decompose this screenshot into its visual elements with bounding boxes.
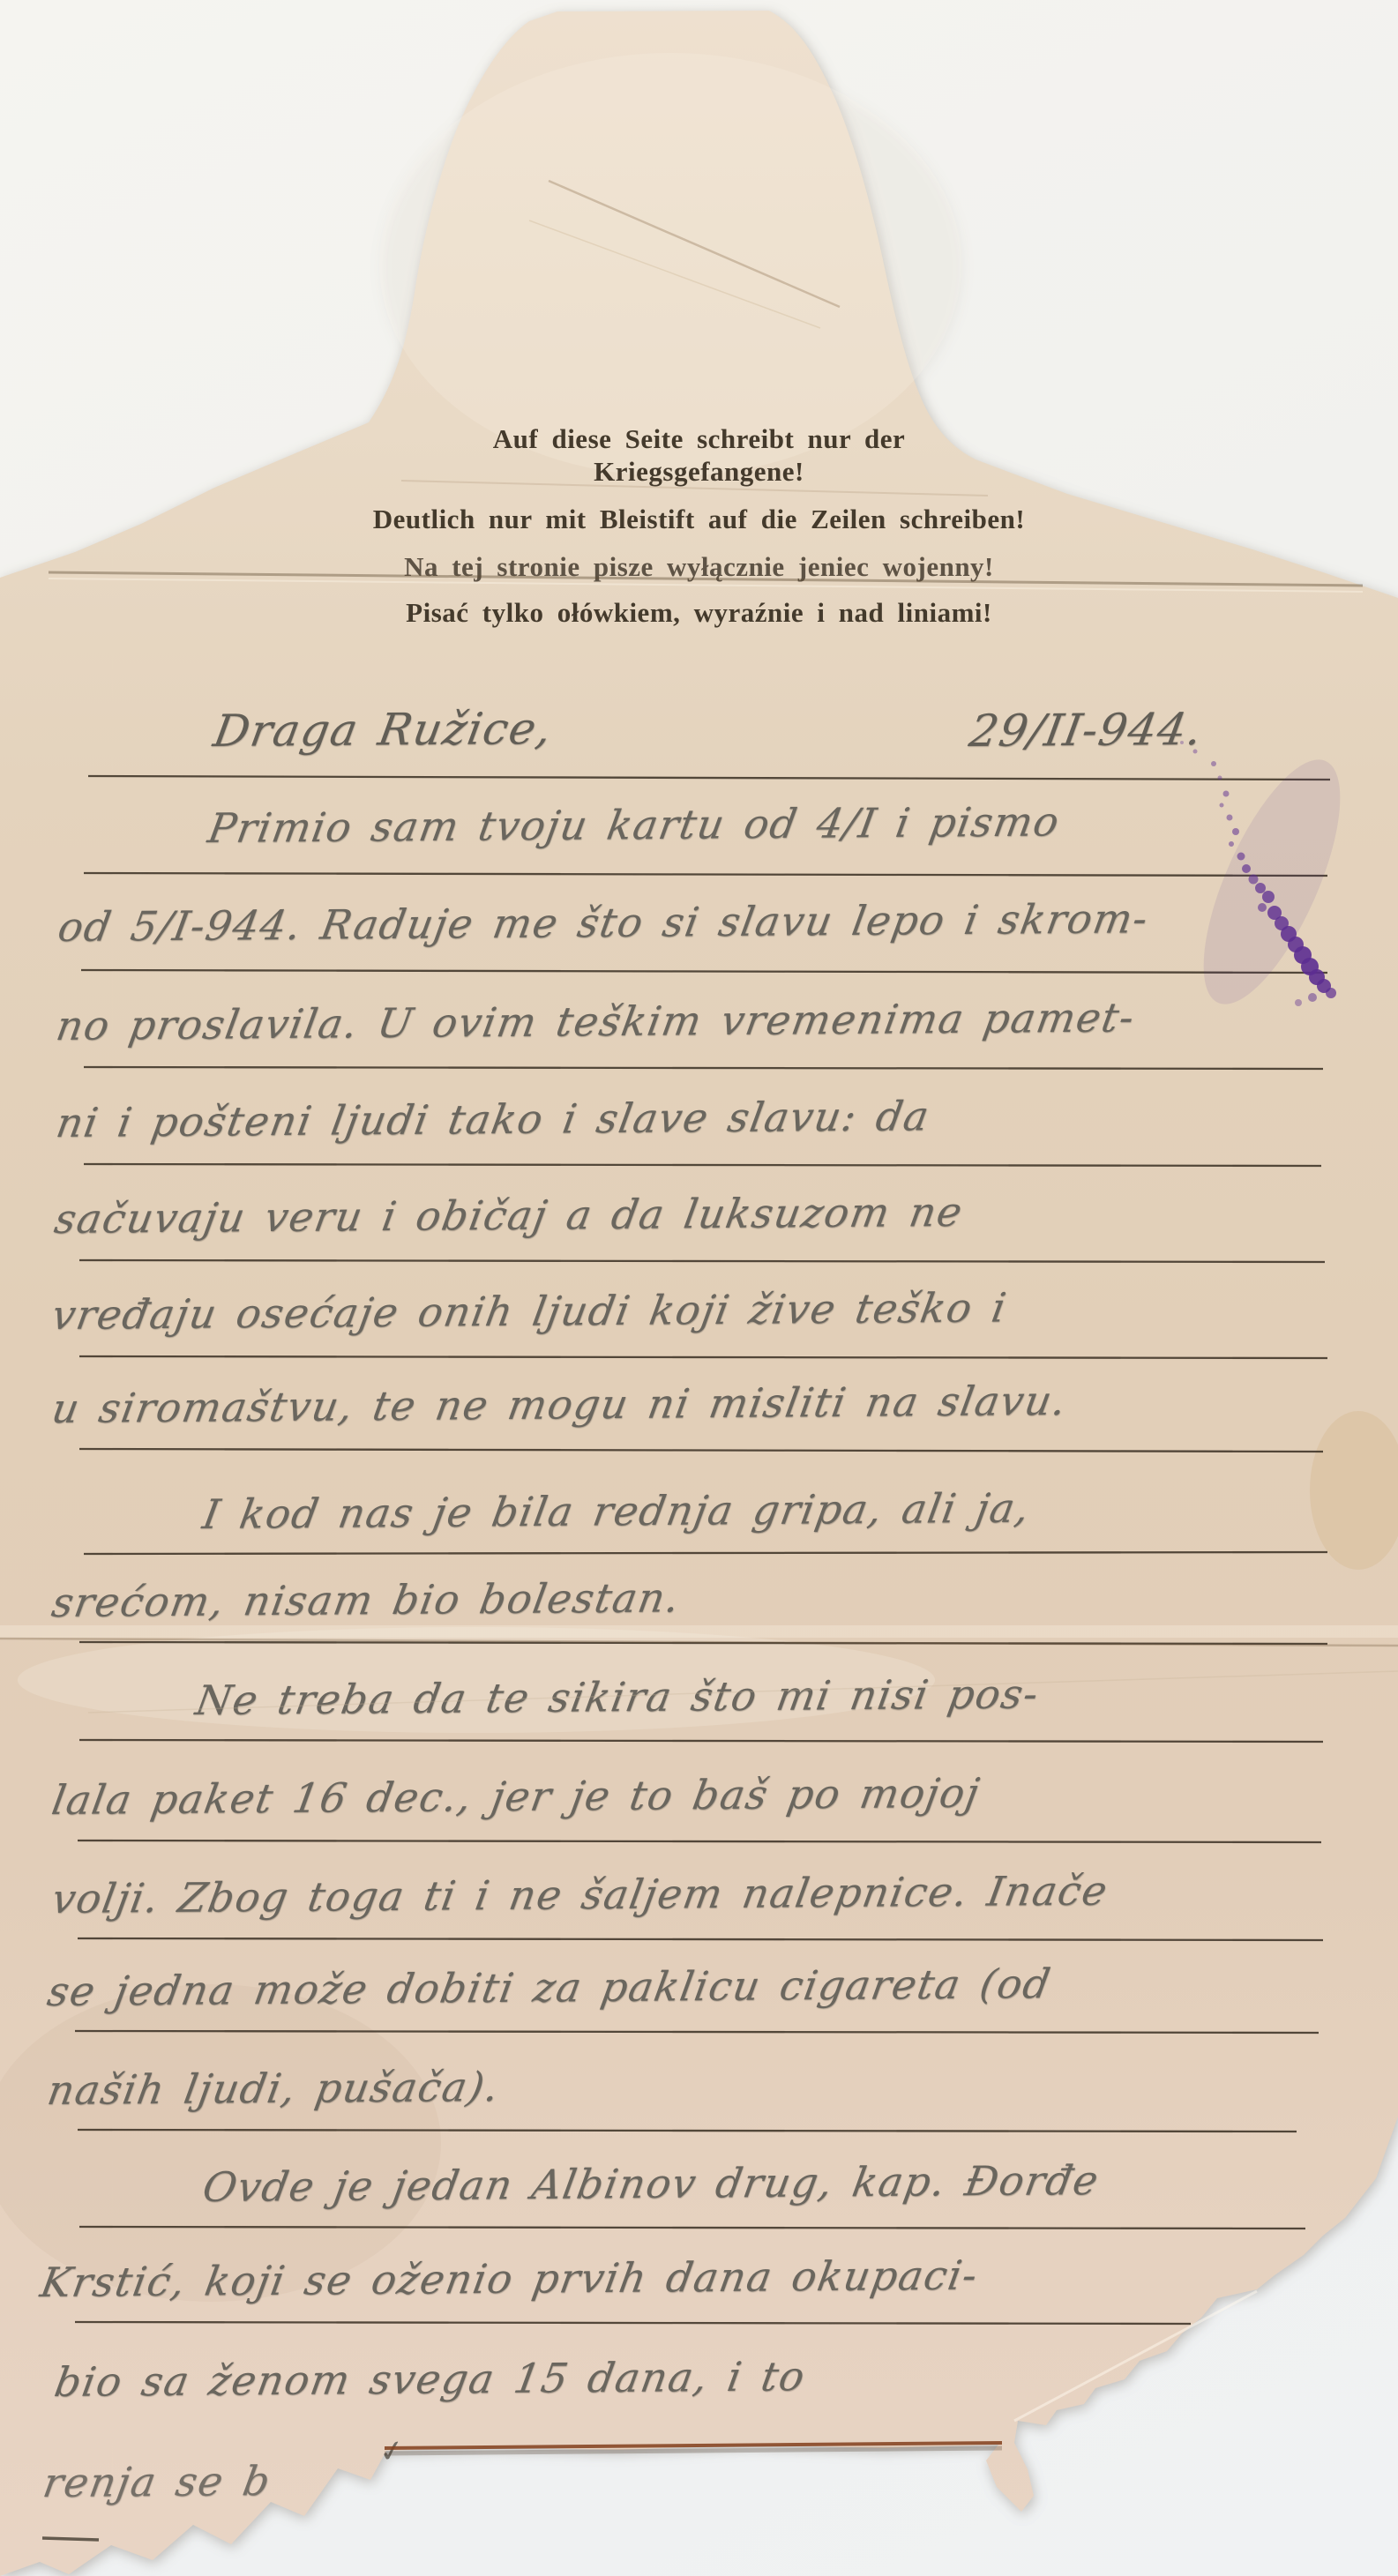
torn-edge-shadow	[385, 2448, 1002, 2453]
handwritten-line: lala paket 16 dec., jer je to baš po moj…	[49, 1769, 983, 1824]
handwritten-line: Ne treba da te sikira što mi nisi pos-	[192, 1670, 1043, 1724]
ruled-line	[88, 776, 1330, 780]
printed-instruction-line: Auf diese Seite schreibt nur der	[0, 423, 1398, 455]
ruled-line	[79, 1356, 1327, 1358]
handwritten-line: I kod nas je bila rednja gripa, ali ja,	[199, 1484, 1034, 1538]
handwritten-line: vređaju osećaje onih ljudi koji žive teš…	[49, 1284, 1011, 1339]
letter-date: 29/II-944.	[966, 704, 1207, 757]
salutation: Draga Ružice,	[210, 703, 557, 757]
ruled-line	[78, 1841, 1321, 1842]
torn-edge-highlight	[1014, 2291, 1257, 2421]
handwritten-line: Ovde je jedan Albinov drug, kap. Đorđe	[199, 2156, 1103, 2211]
pencil-dash	[42, 2538, 99, 2540]
printed-instruction-line: Deutlich nur mit Bleistift auf die Zeile…	[0, 504, 1398, 535]
ruled-line	[79, 2227, 1305, 2229]
handwritten-line: bio sa ženom svega 15 dana, i to	[51, 2352, 810, 2406]
handwritten-line: u siromaštvu, te ne mogu ni misliti na s…	[49, 1377, 1071, 1432]
handwritten-line: sačuvaju veru i običaj a da luksuzom ne	[51, 1188, 967, 1243]
printed-instruction-line: Na tej stronie pisze wyłącznie jeniec wo…	[0, 551, 1398, 583]
printed-instruction-line: Pisać tylko ołówkiem, wyraźnie i nad lin…	[0, 597, 1398, 629]
ruled-line	[75, 2031, 1319, 2033]
ruled-line	[84, 873, 1327, 876]
ruled-line	[79, 1740, 1323, 1742]
handwritten-line: od 5/I-944. Raduje me što si slavu lepo …	[55, 894, 1153, 951]
pencil-tick-mark: ✓	[377, 2432, 407, 2471]
handwritten-line: se jedna može dobiti za paklicu cigareta…	[44, 1960, 1055, 2015]
handwritten-line: srećom, nisam bio bolestan.	[49, 1573, 684, 1626]
handwritten-line: Primio sam tvoju kartu od 4/I i pismo	[205, 797, 1064, 852]
fold-crease	[549, 181, 840, 307]
censor-mark	[1176, 741, 1367, 1021]
fold-crease	[0, 1639, 1398, 1646]
handwritten-fragment: renja se b	[40, 2457, 274, 2506]
torn-edge-accent	[385, 2443, 1002, 2448]
ruled-line	[75, 2322, 1191, 2324]
ruled-line	[84, 1164, 1321, 1166]
paper-stain	[379, 53, 961, 476]
ruled-line	[78, 1938, 1323, 1940]
ruled-line	[79, 1642, 1327, 1644]
ruled-line	[79, 1260, 1325, 1262]
ruled-line	[84, 1552, 1327, 1554]
handwritten-line: no proslavila. U ovim teškim vremenima p…	[53, 993, 1139, 1049]
scanned-letter-page: Auf diese Seite schreibt nur der Kriegsg…	[0, 0, 1398, 2576]
paper-stain	[0, 1984, 441, 2302]
handwritten-line: Krstić, koji se oženio prvih dana okupac…	[37, 2251, 982, 2306]
ruled-line	[78, 2130, 1297, 2132]
fold-crease	[529, 220, 820, 328]
ruled-line	[79, 1449, 1323, 1452]
handwritten-line: naših ljudi, pušača).	[44, 2063, 504, 2114]
printed-instruction-line: Kriegsgefangene!	[0, 456, 1398, 488]
handwritten-line: volji. Zbog toga ti i ne šaljem nalepnic…	[49, 1867, 1111, 1923]
ruled-line	[84, 1067, 1323, 1069]
fold-band	[0, 1625, 1398, 1638]
ruled-line	[81, 970, 1327, 973]
handwritten-line: ni i pošteni ljudi tako i slave slavu: d…	[53, 1092, 933, 1146]
paper-stain	[1310, 1411, 1398, 1570]
